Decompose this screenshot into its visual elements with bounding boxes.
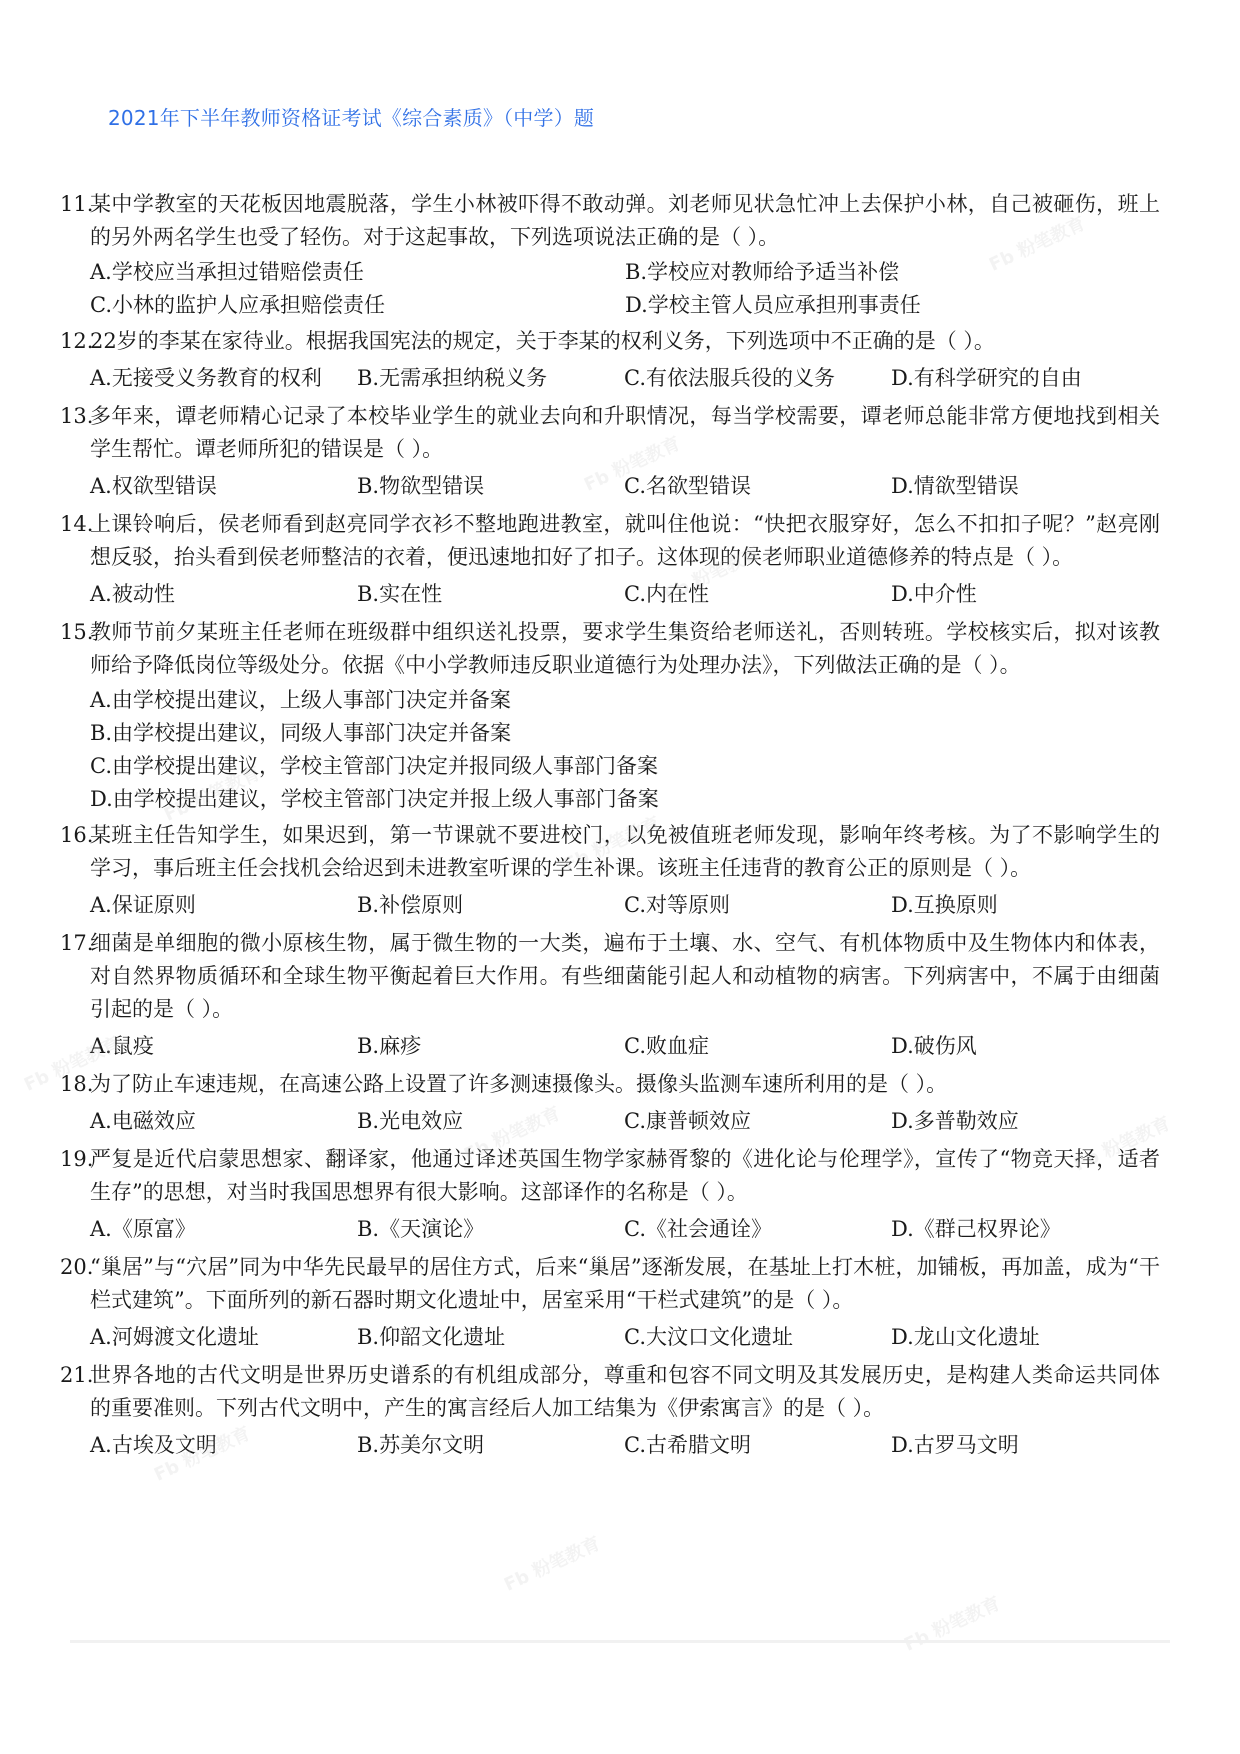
question-17: 17. 细菌是单细胞的微小原核生物，属于微生物的一大类，遍布于土壤、水、空气、有… (60, 927, 1160, 1065)
option-d: D.由学校提出建议，学校主管部门决定并报上级人事部门备案 (90, 783, 1160, 816)
option-d: D.学校主管人员应承担刑事责任 (625, 289, 1125, 322)
option-a: A.学校应当承担过错赔偿责任 (90, 256, 625, 289)
option-a: A.权欲型错误 (90, 470, 357, 503)
question-text: 世界各地的古代文明是世界历史谱系的有机组成部分，尊重和包容不同文明及其发展历史，… (90, 1363, 1160, 1420)
option-c: C.由学校提出建议，学校主管部门决定并报同级人事部门备案 (90, 750, 1160, 783)
option-c: C.小林的监护人应承担赔偿责任 (90, 289, 625, 322)
option-c: C.败血症 (624, 1030, 891, 1063)
footer-divider (70, 1640, 1170, 1643)
question-stem: 20. “巢居”与“穴居”同为中华先民最早的居住方式，后来“巢居”逐渐发展，在基… (60, 1251, 1160, 1317)
question-number: 21. (60, 1359, 93, 1392)
question-stem: 14. 上课铃响后，侯老师看到赵亮同学衣衫不整地跑进教室，就叫住他说：“快把衣服… (60, 508, 1160, 574)
question-stem: 18. 为了防止车速违规，在高速公路上设置了许多测速摄像头。摄像头监测车速所利用… (60, 1068, 1160, 1101)
question-number: 14. (60, 508, 93, 541)
watermark: Fb 粉笔教育 (499, 1529, 604, 1596)
option-b: B.仰韶文化遗址 (357, 1321, 624, 1354)
option-list: A.被动性 B.实在性 C.内在性 D.中介性 (60, 576, 1160, 613)
option-a: A.无接受义务教育的权利 (90, 362, 357, 395)
question-text: 多年来，谭老师精心记录了本校毕业学生的就业去向和升职情况，每当学校需要，谭老师总… (90, 404, 1160, 461)
question-stem: 11. 某中学教室的天花板因地震脱落，学生小林被吓得不敢动弹。刘老师见状急忙冲上… (60, 188, 1160, 254)
question-stem: 19. 严复是近代启蒙思想家、翻译家，他通过译述英国生物学家赫胥黎的《进化论与伦… (60, 1143, 1160, 1209)
option-a: A.《原富》 (90, 1213, 357, 1246)
question-number: 12. (60, 325, 93, 358)
question-text: 某中学教室的天花板因地震脱落，学生小林被吓得不敢动弹。刘老师见状急忙冲上去保护小… (90, 192, 1160, 249)
question-list: 11. 某中学教室的天花板因地震脱落，学生小林被吓得不敢动弹。刘老师见状急忙冲上… (60, 188, 1160, 1467)
option-c: C.《社会通诠》 (624, 1213, 891, 1246)
option-list: A.保证原则 B.补偿原则 C.对等原则 D.互换原则 (60, 887, 1160, 924)
option-b: B.无需承担纳税义务 (357, 362, 624, 395)
option-c: C.对等原则 (624, 889, 891, 922)
option-d: D.中介性 (891, 578, 1158, 611)
option-b: B.学校应对教师给予适当补偿 (625, 256, 1125, 289)
question-number: 15. (60, 616, 93, 649)
option-b: B.由学校提出建议，同级人事部门决定并备案 (90, 717, 1160, 750)
option-c: C.康普顿效应 (624, 1105, 891, 1138)
question-text: 上课铃响后，侯老师看到赵亮同学衣衫不整地跑进教室，就叫住他说：“快把衣服穿好，怎… (90, 512, 1160, 569)
option-b: B.苏美尔文明 (357, 1429, 624, 1462)
question-stem: 16. 某班主任告知学生，如果迟到，第一节课就不要进校门，以免被值班老师发现，影… (60, 819, 1160, 885)
question-text: 教师节前夕某班主任老师在班级群中组织送礼投票，要求学生集资给老师送礼，否则转班。… (90, 620, 1160, 677)
option-c: C.古希腊文明 (624, 1429, 891, 1462)
option-a: A.保证原则 (90, 889, 357, 922)
option-c: C.名欲型错误 (624, 470, 891, 503)
question-text: 某班主任告知学生，如果迟到，第一节课就不要进校门，以免被值班老师发现，影响年终考… (90, 823, 1160, 880)
option-list: A.电磁效应 B.光电效应 C.康普顿效应 D.多普勒效应 (60, 1103, 1160, 1140)
option-d: D.互换原则 (891, 889, 1158, 922)
option-a: A.河姆渡文化遗址 (90, 1321, 357, 1354)
option-d: D.多普勒效应 (891, 1105, 1158, 1138)
question-14: 14. 上课铃响后，侯老师看到赵亮同学衣衫不整地跑进教室，就叫住他说：“快把衣服… (60, 508, 1160, 613)
question-number: 13. (60, 400, 93, 433)
option-list: A.鼠疫 B.麻疹 C.败血症 D.破伤风 (60, 1028, 1160, 1065)
question-stem: 15. 教师节前夕某班主任老师在班级群中组织送礼投票，要求学生集资给老师送礼，否… (60, 616, 1160, 682)
question-text: 严复是近代启蒙思想家、翻译家，他通过译述英国生物学家赫胥黎的《进化论与伦理学》，… (90, 1147, 1160, 1204)
question-stem: 21. 世界各地的古代文明是世界历史谱系的有机组成部分，尊重和包容不同文明及其发… (60, 1359, 1160, 1425)
option-list: A.由学校提出建议，上级人事部门决定并备案 B.由学校提出建议，同级人事部门决定… (60, 684, 1160, 816)
question-stem: 12. 22岁的李某在家待业。根据我国宪法的规定，关于李某的权利义务，下列选项中… (60, 325, 1160, 358)
question-20: 20. “巢居”与“穴居”同为中华先民最早的居住方式，后来“巢居”逐渐发展，在基… (60, 1251, 1160, 1356)
option-d: D.《群己权界论》 (891, 1213, 1158, 1246)
option-a: A.被动性 (90, 578, 357, 611)
option-a: A.古埃及文明 (90, 1429, 357, 1462)
option-d: D.龙山文化遗址 (891, 1321, 1158, 1354)
page-title: 2021年下半年教师资格证考试《综合素质》（中学）题 (108, 102, 594, 131)
option-b: B.实在性 (357, 578, 624, 611)
option-b: B.补偿原则 (357, 889, 624, 922)
question-text: 22岁的李某在家待业。根据我国宪法的规定，关于李某的权利义务，下列选项中不正确的… (90, 329, 995, 353)
option-a: A.由学校提出建议，上级人事部门决定并备案 (90, 684, 1160, 717)
option-d: D.古罗马文明 (891, 1429, 1158, 1462)
option-list: A.古埃及文明 B.苏美尔文明 C.古希腊文明 D.古罗马文明 (60, 1427, 1160, 1464)
question-11: 11. 某中学教室的天花板因地震脱落，学生小林被吓得不敢动弹。刘老师见状急忙冲上… (60, 188, 1160, 322)
question-number: 17. (60, 927, 93, 960)
question-number: 19. (60, 1143, 93, 1176)
question-stem: 17. 细菌是单细胞的微小原核生物，属于微生物的一大类，遍布于土壤、水、空气、有… (60, 927, 1160, 1026)
watermark: Fb 粉笔教育 (899, 1589, 1004, 1656)
option-a: A.电磁效应 (90, 1105, 357, 1138)
question-18: 18. 为了防止车速违规，在高速公路上设置了许多测速摄像头。摄像头监测车速所利用… (60, 1068, 1160, 1140)
question-12: 12. 22岁的李某在家待业。根据我国宪法的规定，关于李某的权利义务，下列选项中… (60, 325, 1160, 397)
option-d: D.有科学研究的自由 (891, 362, 1158, 395)
question-21: 21. 世界各地的古代文明是世界历史谱系的有机组成部分，尊重和包容不同文明及其发… (60, 1359, 1160, 1464)
question-13: 13. 多年来，谭老师精心记录了本校毕业学生的就业去向和升职情况，每当学校需要，… (60, 400, 1160, 505)
question-stem: 13. 多年来，谭老师精心记录了本校毕业学生的就业去向和升职情况，每当学校需要，… (60, 400, 1160, 466)
question-16: 16. 某班主任告知学生，如果迟到，第一节课就不要进校门，以免被值班老师发现，影… (60, 819, 1160, 924)
option-c: C.有依法服兵役的义务 (624, 362, 891, 395)
option-b: B.麻疹 (357, 1030, 624, 1063)
option-list: A.《原富》 B.《天演论》 C.《社会通诠》 D.《群己权界论》 (60, 1211, 1160, 1248)
option-c: C.大汶口文化遗址 (624, 1321, 891, 1354)
question-number: 16. (60, 819, 93, 852)
option-c: C.内在性 (624, 578, 891, 611)
option-b: B.光电效应 (357, 1105, 624, 1138)
option-d: D.情欲型错误 (891, 470, 1158, 503)
option-list: A.学校应当承担过错赔偿责任 B.学校应对教师给予适当补偿 C.小林的监护人应承… (60, 256, 1160, 322)
option-d: D.破伤风 (891, 1030, 1158, 1063)
question-text: 细菌是单细胞的微小原核生物，属于微生物的一大类，遍布于土壤、水、空气、有机体物质… (90, 931, 1160, 1021)
question-text: 为了防止车速违规，在高速公路上设置了许多测速摄像头。摄像头监测车速所利用的是（ … (90, 1072, 947, 1096)
option-list: A.河姆渡文化遗址 B.仰韶文化遗址 C.大汶口文化遗址 D.龙山文化遗址 (60, 1319, 1160, 1356)
question-19: 19. 严复是近代启蒙思想家、翻译家，他通过译述英国生物学家赫胥黎的《进化论与伦… (60, 1143, 1160, 1248)
option-a: A.鼠疫 (90, 1030, 357, 1063)
question-number: 20. (60, 1251, 93, 1284)
question-number: 11. (60, 188, 93, 221)
question-text: “巢居”与“穴居”同为中华先民最早的居住方式，后来“巢居”逐渐发展，在基址上打木… (90, 1255, 1160, 1312)
option-b: B.《天演论》 (357, 1213, 624, 1246)
question-15: 15. 教师节前夕某班主任老师在班级群中组织送礼投票，要求学生集资给老师送礼，否… (60, 616, 1160, 816)
option-b: B.物欲型错误 (357, 470, 624, 503)
option-list: A.无接受义务教育的权利 B.无需承担纳税义务 C.有依法服兵役的义务 D.有科… (60, 360, 1160, 397)
question-number: 18. (60, 1068, 93, 1101)
option-list: A.权欲型错误 B.物欲型错误 C.名欲型错误 D.情欲型错误 (60, 468, 1160, 505)
